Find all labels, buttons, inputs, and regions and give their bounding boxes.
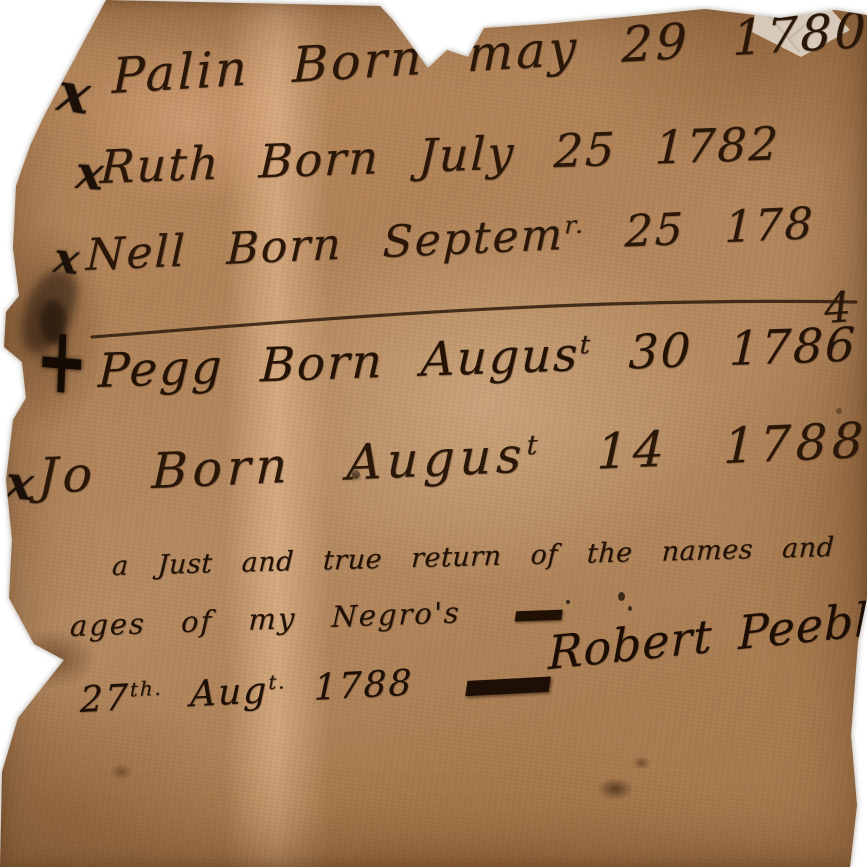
entry-superscript: r. xyxy=(564,211,585,240)
entry-superscript: t xyxy=(526,430,543,462)
date-year: 1788 xyxy=(286,662,414,710)
x-mark-icon: x xyxy=(4,459,35,507)
cross-mark-icon: + xyxy=(34,313,89,410)
ink-dash: — xyxy=(460,610,561,745)
date-month: Aug xyxy=(162,670,268,717)
paper-wrap: x x x + x Palin Born may 29 1780 Ruth Bo… xyxy=(0,0,867,867)
date-month-superscript: t. xyxy=(268,670,287,694)
entry-text: 30 1786 xyxy=(591,317,858,381)
date-day: 27 xyxy=(80,677,130,721)
manuscript-scan: x x x + x Palin Born may 29 1780 Ruth Bo… xyxy=(0,0,867,867)
entry-text: 25 178 xyxy=(584,198,815,259)
paper-sheet: x x x + x Palin Born may 29 1780 Ruth Bo… xyxy=(0,0,867,867)
entry-superscript: t xyxy=(579,330,592,360)
x-mark-icon: x xyxy=(52,237,81,281)
date-day-superscript: th. xyxy=(130,677,163,702)
